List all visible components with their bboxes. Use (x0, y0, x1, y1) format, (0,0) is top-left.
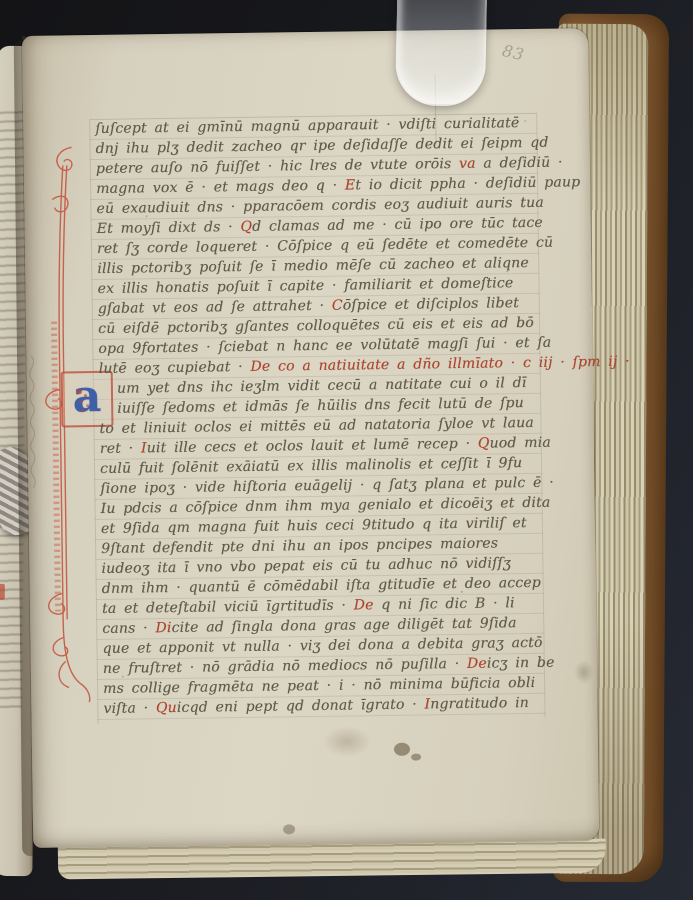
body-text: ta et deteſtabil viciū īgrtitudīs · (102, 597, 354, 617)
rubric-text: Q (240, 219, 252, 235)
body-text: ngratitudo in (430, 695, 529, 712)
initial-letter: a (72, 371, 101, 422)
body-text: uod mia (489, 435, 551, 452)
body-text: ōſpice et diſciplos libet (343, 295, 519, 313)
stain (283, 824, 295, 834)
rubric-text: De co a natiuitate a dño illmīato · c ii… (250, 354, 629, 375)
body-text: t io dicit ppha · deſidiū paup (355, 174, 580, 193)
rubric-text: De (354, 597, 374, 613)
body-text: d clamas ad me · cū ipo ore tūc tace (252, 215, 543, 235)
body-text: Et moyſi dixt ds · (97, 219, 241, 237)
body-text: cans · (102, 620, 155, 637)
marginal-gloss (24, 354, 40, 490)
manuscript-photo: 83 a ſuſcept at ei gmīnū magnū app (0, 0, 693, 900)
rubric-text: Qu (156, 700, 177, 716)
stain (571, 656, 597, 688)
rubric-text: va (459, 156, 476, 172)
body-text: lutē eoʒ cupiebat · (99, 359, 251, 377)
stain (312, 719, 383, 764)
body-text: magna vox ē · et mags deo q · (96, 178, 345, 197)
body-text: gſabat vt eos ad ſe attrahet · (98, 298, 332, 317)
body-text: icqd eni pept qd donat īgrato · (177, 696, 425, 715)
facing-page-red-initial (0, 584, 5, 600)
body-text: viſta · (103, 700, 156, 717)
body-text: ret · (100, 440, 141, 457)
body-text: cite ad ſingla dona gras age diligēt tat… (171, 615, 516, 636)
body-text: uit ille cecs et oclos lauit et lumē rec… (147, 436, 478, 457)
rubric-text: De (467, 656, 487, 672)
body-text: q ni ſic dic B · li (373, 595, 514, 613)
page-holder-tab (395, 0, 487, 107)
body-text: icʒ in be (487, 655, 555, 672)
manuscript-page: 83 a ſuſcept at ei gmīnū magnū app (22, 28, 599, 848)
rubric-text: Di (155, 620, 171, 636)
rubric-text: E (345, 177, 356, 193)
stain (394, 743, 410, 756)
rubric-text: C (332, 298, 343, 314)
folio-number: 83 (500, 41, 526, 65)
speckles (22, 36, 26, 40)
body-text: a deſidiū · (476, 154, 563, 171)
rubric-text: Q (478, 436, 490, 452)
text-block: ſuſcept at ei gmīnū magnū apparauit · vd… (95, 113, 549, 725)
